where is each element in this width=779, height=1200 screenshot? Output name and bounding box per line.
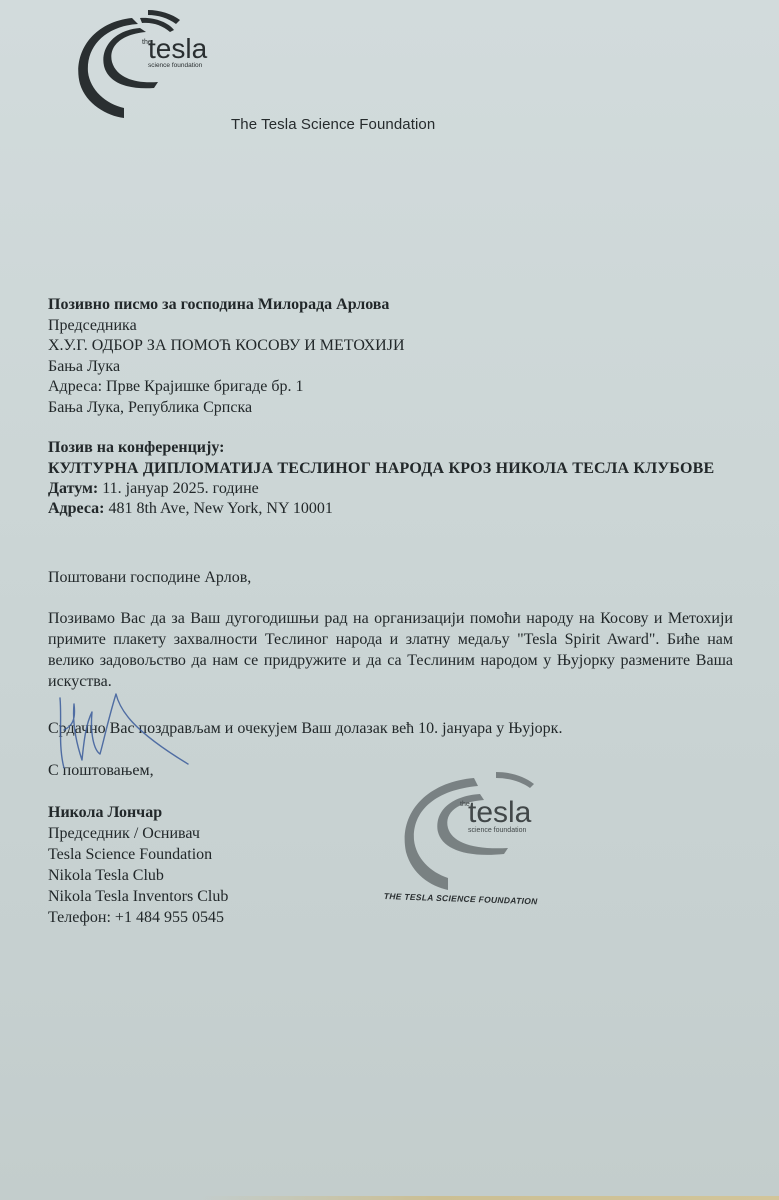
- recipient-block: Позивно писмо за господина Милорада Арло…: [48, 295, 405, 418]
- svg-text:tesla: tesla: [468, 796, 532, 829]
- svg-text:science foundation: science foundation: [468, 827, 526, 834]
- recipient-heading: Позивно писмо за господина Милорада Арло…: [48, 295, 405, 316]
- conference-label: Позив на конференцију:: [48, 438, 748, 459]
- conference-title: КУЛТУРНА ДИПЛОМАТИЈА ТЕСЛИНОГ НАРОДА КРО…: [48, 459, 748, 479]
- regards: С поштовањем,: [48, 761, 154, 782]
- conference-address: Адреса: 481 8th Ave, New York, NY 10001: [48, 499, 748, 520]
- svg-text:tesla: tesla: [148, 33, 208, 64]
- signatory-line: Председник / Оснивач: [48, 823, 228, 844]
- date-value: 11. јануар 2025. године: [102, 480, 258, 497]
- recipient-line: Бања Лука, Република Српска: [48, 398, 405, 419]
- paper-edge: [200, 1196, 779, 1200]
- letter-body: Позивамо Вас да за Ваш дугогодишњи рад н…: [48, 608, 733, 692]
- address-value: 481 8th Ave, New York, NY 10001: [108, 500, 332, 517]
- organization-name: The Tesla Science Foundation: [231, 116, 435, 133]
- foundation-stamp-icon: the tesla science foundation: [384, 762, 574, 892]
- conference-date: Датум: 11. јануар 2025. године: [48, 479, 748, 500]
- greeting: Поштовани господине Арлов,: [48, 568, 251, 589]
- signatory-phone: Телефон: +1 484 955 0545: [48, 907, 228, 928]
- svg-text:science foundation: science foundation: [148, 62, 203, 69]
- closing-line: Срдачно Вас поздрављам и очекујем Ваш до…: [48, 719, 562, 740]
- letter-page: the tesla science foundation The Tesla S…: [0, 0, 779, 1200]
- signatory-name: Никола Лончар: [48, 802, 228, 823]
- signatory-block: Никола Лончар Председник / Оснивач Tesla…: [48, 802, 228, 928]
- signatory-line: Nikola Tesla Inventors Club: [48, 886, 228, 907]
- conference-block: Позив на конференцију: КУЛТУРНА ДИПЛОМАТ…: [48, 438, 748, 520]
- date-label: Датум:: [48, 480, 98, 497]
- recipient-line: Бања Лука: [48, 357, 405, 378]
- tesla-logo-icon: the tesla science foundation: [62, 4, 222, 122]
- recipient-line: Председника: [48, 316, 405, 337]
- recipient-line: Х.У.Г. ОДБОР ЗА ПОМОЋ КОСОВУ И МЕТОХИЈИ: [48, 336, 405, 357]
- signatory-line: Tesla Science Foundation: [48, 844, 228, 865]
- signatory-line: Nikola Tesla Club: [48, 865, 228, 886]
- stamp-caption: THE TESLA SCIENCE FOUNDATION: [384, 891, 538, 906]
- address-label: Адреса:: [48, 500, 104, 517]
- recipient-line: Адреса: Прве Крајишке бригаде бр. 1: [48, 377, 405, 398]
